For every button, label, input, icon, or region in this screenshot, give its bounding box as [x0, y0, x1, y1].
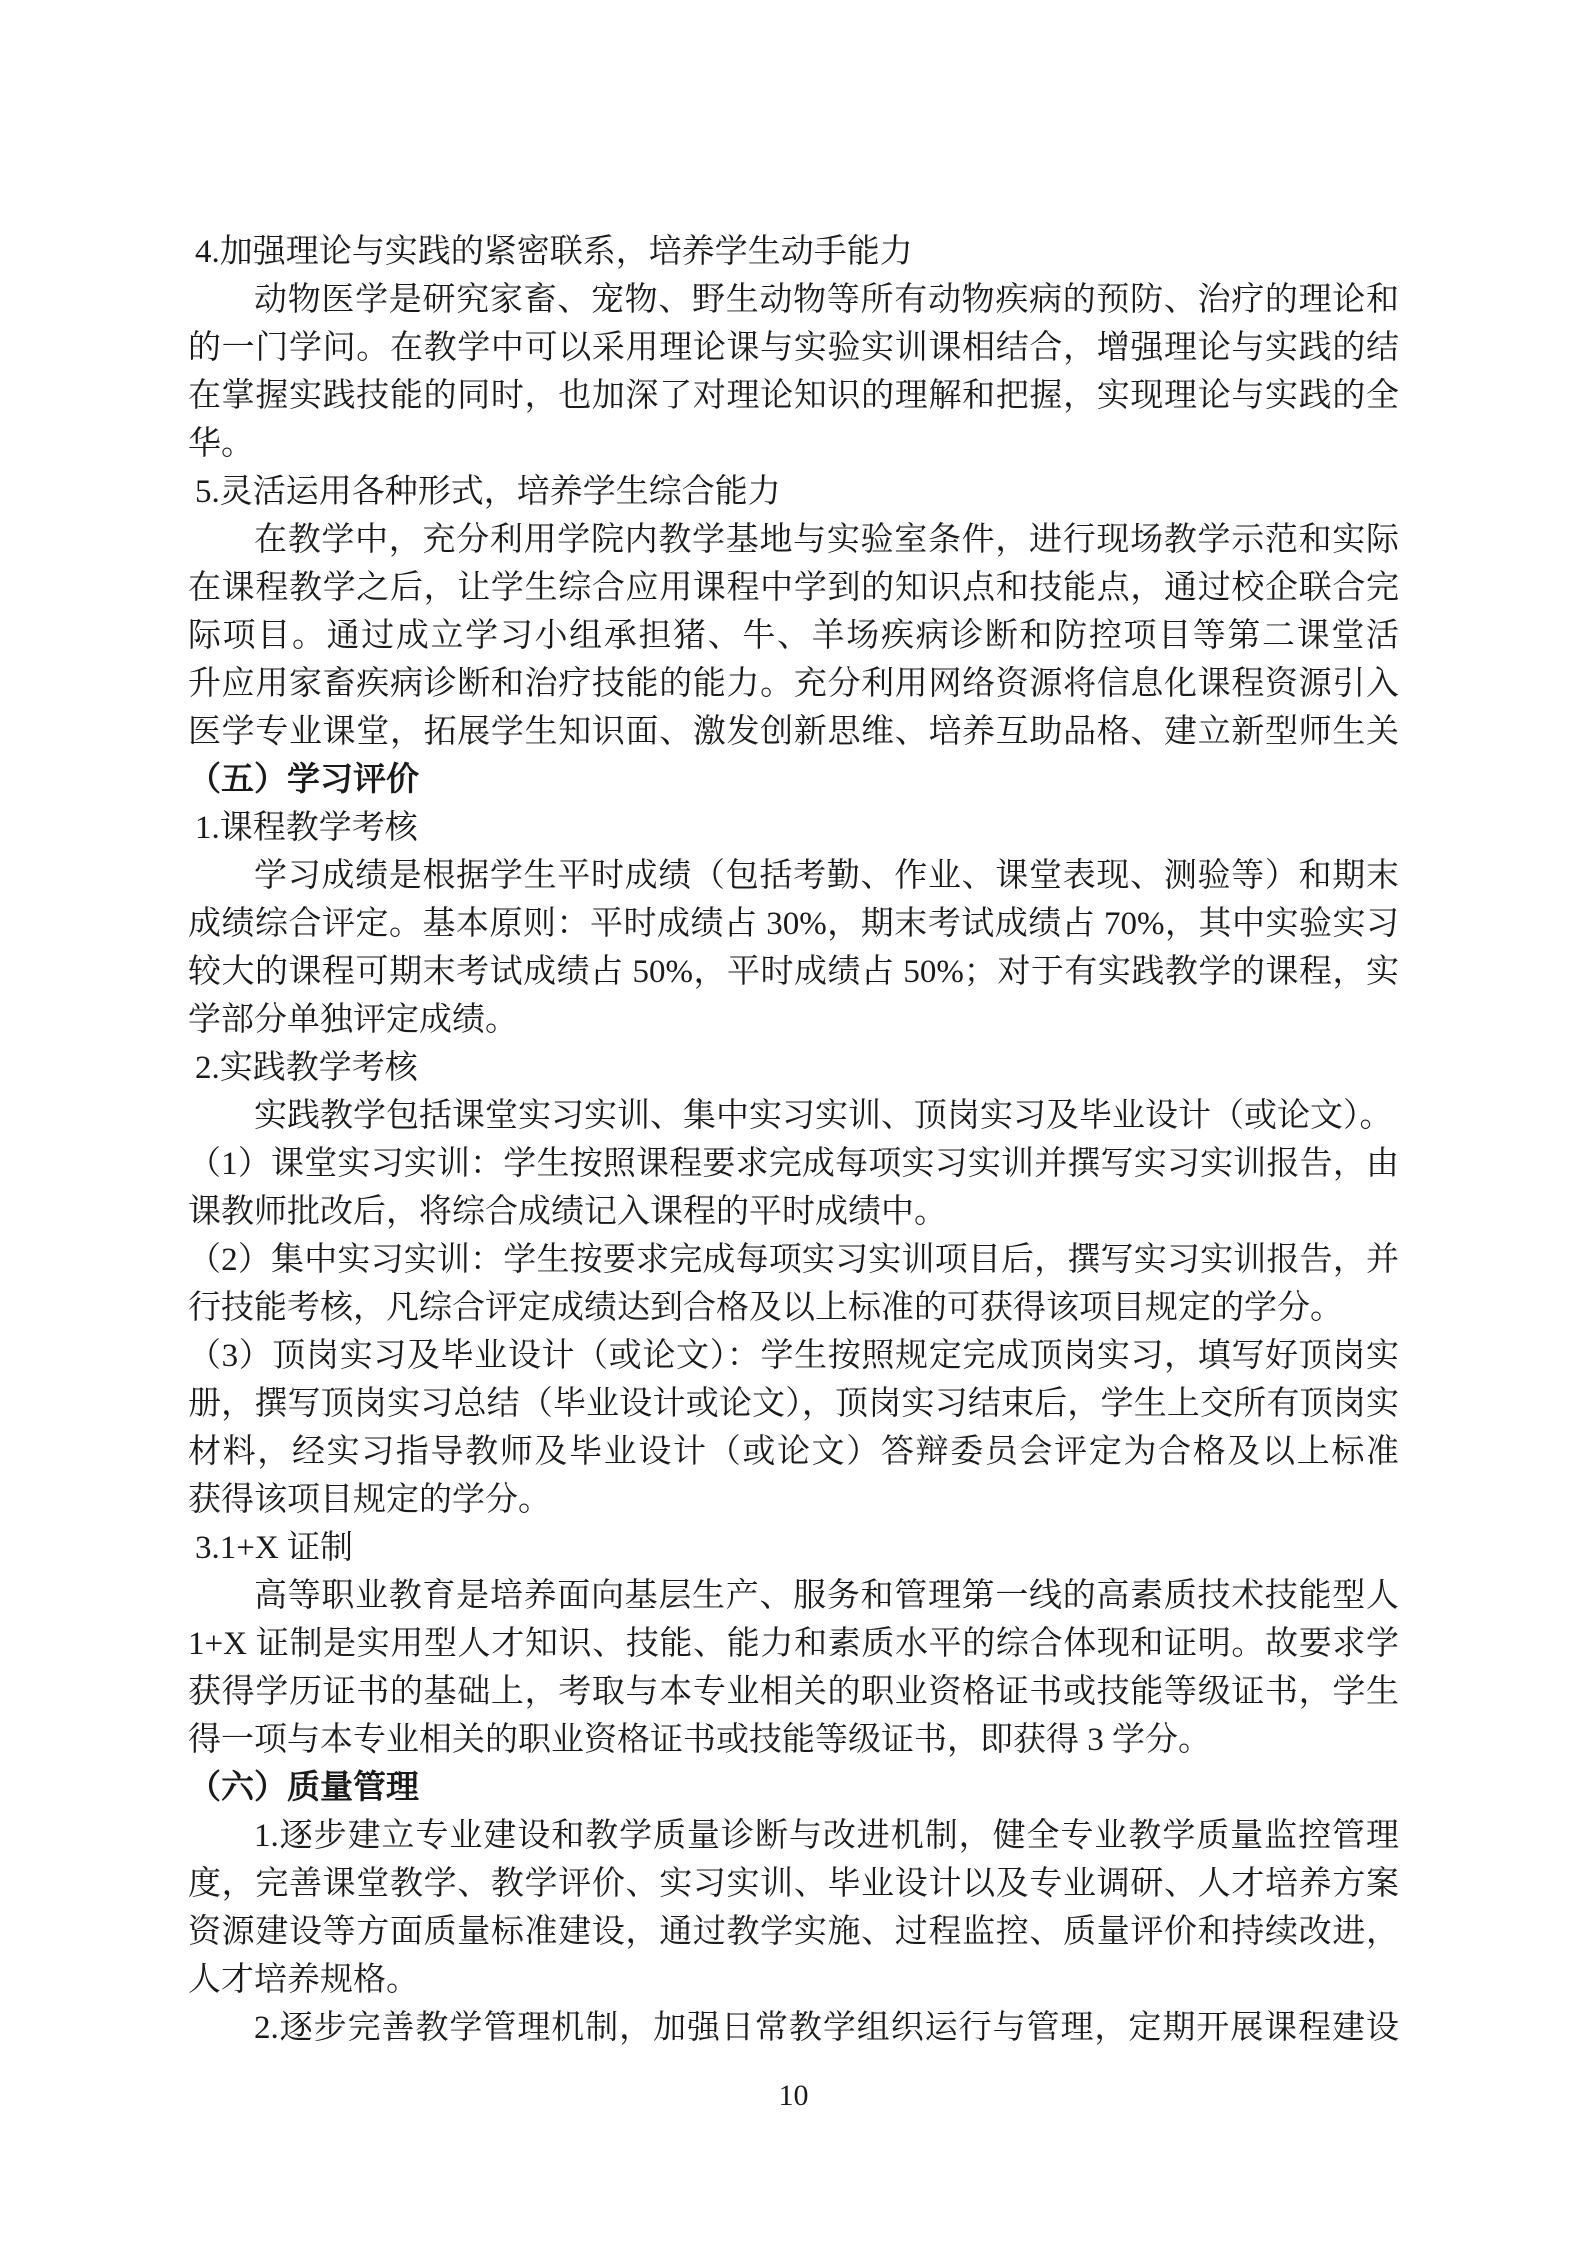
- document-line: 获得学历证书的基础上，考取与本专业相关的职业资格证书或技能等级证书，学生每获: [188, 1668, 1399, 1716]
- document-line: 医学专业课堂，拓展学生知识面、激发创新思维、培养互助品格、建立新型师生关系。: [188, 708, 1399, 756]
- document-line: 动物医学是研究家畜、宠物、野生动物等所有动物疾病的预防、治疗的理论和技术: [188, 276, 1399, 324]
- document-line: 高等职业教育是培养面向基层生产、服务和管理第一线的高素质技术技能型人才，: [188, 1572, 1399, 1620]
- document-line: 1.课程教学考核: [188, 804, 1399, 852]
- document-line: 2.逐步完善教学管理机制，加强日常教学组织运行与管理，定期开展课程建设水平: [188, 2004, 1399, 2052]
- document-line: 册，撰写顶岗实习总结（毕业设计或论文），顶岗实习结束后，学生上交所有顶岗实习: [188, 1380, 1399, 1428]
- document-line: （2）集中实习实训：学生按要求完成每项实习实训项目后，撰写实习实训报告，并进: [188, 1236, 1399, 1284]
- document-line: 3.1+X 证制: [188, 1524, 1399, 1572]
- document-page: 4.加强理论与实践的紧密联系，培养学生动手能力动物医学是研究家畜、宠物、野生动物…: [0, 0, 1587, 2245]
- document-line: 2.实践教学考核: [188, 1044, 1399, 1092]
- document-line: 资源建设等方面质量标准建设，通过教学实施、过程监控、质量评价和持续改进，达成: [188, 1908, 1399, 1956]
- document-line: 实践教学包括课堂实习实训、集中实习实训、顶岗实习及毕业设计（或论文）。: [188, 1092, 1399, 1140]
- section-heading: （五）学习评价: [188, 756, 1399, 804]
- document-line: 行技能考核，凡综合评定成绩达到合格及以上标准的可获得该项目规定的学分。: [188, 1284, 1399, 1332]
- document-line: （1）课堂实习实训：学生按照课程要求完成每项实习实训并撰写实习实训报告，由任: [188, 1140, 1399, 1188]
- document-line: 1+X 证制是实用型人才知识、技能、能力和素质水平的综合体现和证明。故要求学生在: [188, 1620, 1399, 1668]
- document-line: 的一门学问。在教学中可以采用理论课与实验实训课相结合，增强理论与实践的结合，: [188, 324, 1399, 372]
- document-line: 学习成绩是根据学生平时成绩（包括考勤、作业、课堂表现、测验等）和期末考试: [188, 852, 1399, 900]
- document-line: 得一项与本专业相关的职业资格证书或技能等级证书，即获得 3 学分。: [188, 1716, 1399, 1764]
- document-body: 4.加强理论与实践的紧密联系，培养学生动手能力动物医学是研究家畜、宠物、野生动物…: [188, 228, 1399, 2052]
- document-line: 在课程教学之后，让学生综合应用课程中学到的知识点和技能点，通过校企联合完成实: [188, 564, 1399, 612]
- document-line: 人才培养规格。: [188, 1956, 1399, 2004]
- document-line: 在教学中，充分利用学院内教学基地与实验室条件，进行现场教学示范和实际操作。: [188, 516, 1399, 564]
- document-line: 成绩综合评定。基本原则：平时成绩占 30%，期末考试成绩占 70%，其中实验实习…: [188, 900, 1399, 948]
- document-line: 在掌握实践技能的同时，也加深了对理论知识的理解和把握，实现理论与实践的全面升: [188, 372, 1399, 420]
- document-line: 1.逐步建立专业建设和教学质量诊断与改进机制，健全专业教学质量监控管理制: [188, 1812, 1399, 1860]
- page-number: 10: [0, 2072, 1587, 2120]
- document-line: 升应用家畜疾病诊断和治疗技能的能力。充分利用网络资源将信息化课程资源引入动物: [188, 660, 1399, 708]
- document-line: 材料，经实习指导教师及毕业设计（或论文）答辩委员会评定为合格及以上标准时，可: [188, 1428, 1399, 1476]
- document-line: 较大的课程可期末考试成绩占 50%，平时成绩占 50%；对于有实践教学的课程，实…: [188, 948, 1399, 996]
- document-line: 4.加强理论与实践的紧密联系，培养学生动手能力: [188, 228, 1399, 276]
- section-heading: （六）质量管理: [188, 1764, 1399, 1812]
- document-line: 度，完善课堂教学、教学评价、实习实训、毕业设计以及专业调研、人才培养方案更新、: [188, 1860, 1399, 1908]
- document-line: 课教师批改后，将综合成绩记入课程的平时成绩中。: [188, 1188, 1399, 1236]
- document-line: 获得该项目规定的学分。: [188, 1476, 1399, 1524]
- document-line: （3）顶岗实习及毕业设计（或论文）：学生按照规定完成顶岗实习，填写好顶岗实习手: [188, 1332, 1399, 1380]
- document-line: 华。: [188, 420, 1399, 468]
- document-line: 5.灵活运用各种形式，培养学生综合能力: [188, 468, 1399, 516]
- document-line: 学部分单独评定成绩。: [188, 996, 1399, 1044]
- document-line: 际项目。通过成立学习小组承担猪、牛、羊场疾病诊断和防控项目等第二课堂活动，提: [188, 612, 1399, 660]
